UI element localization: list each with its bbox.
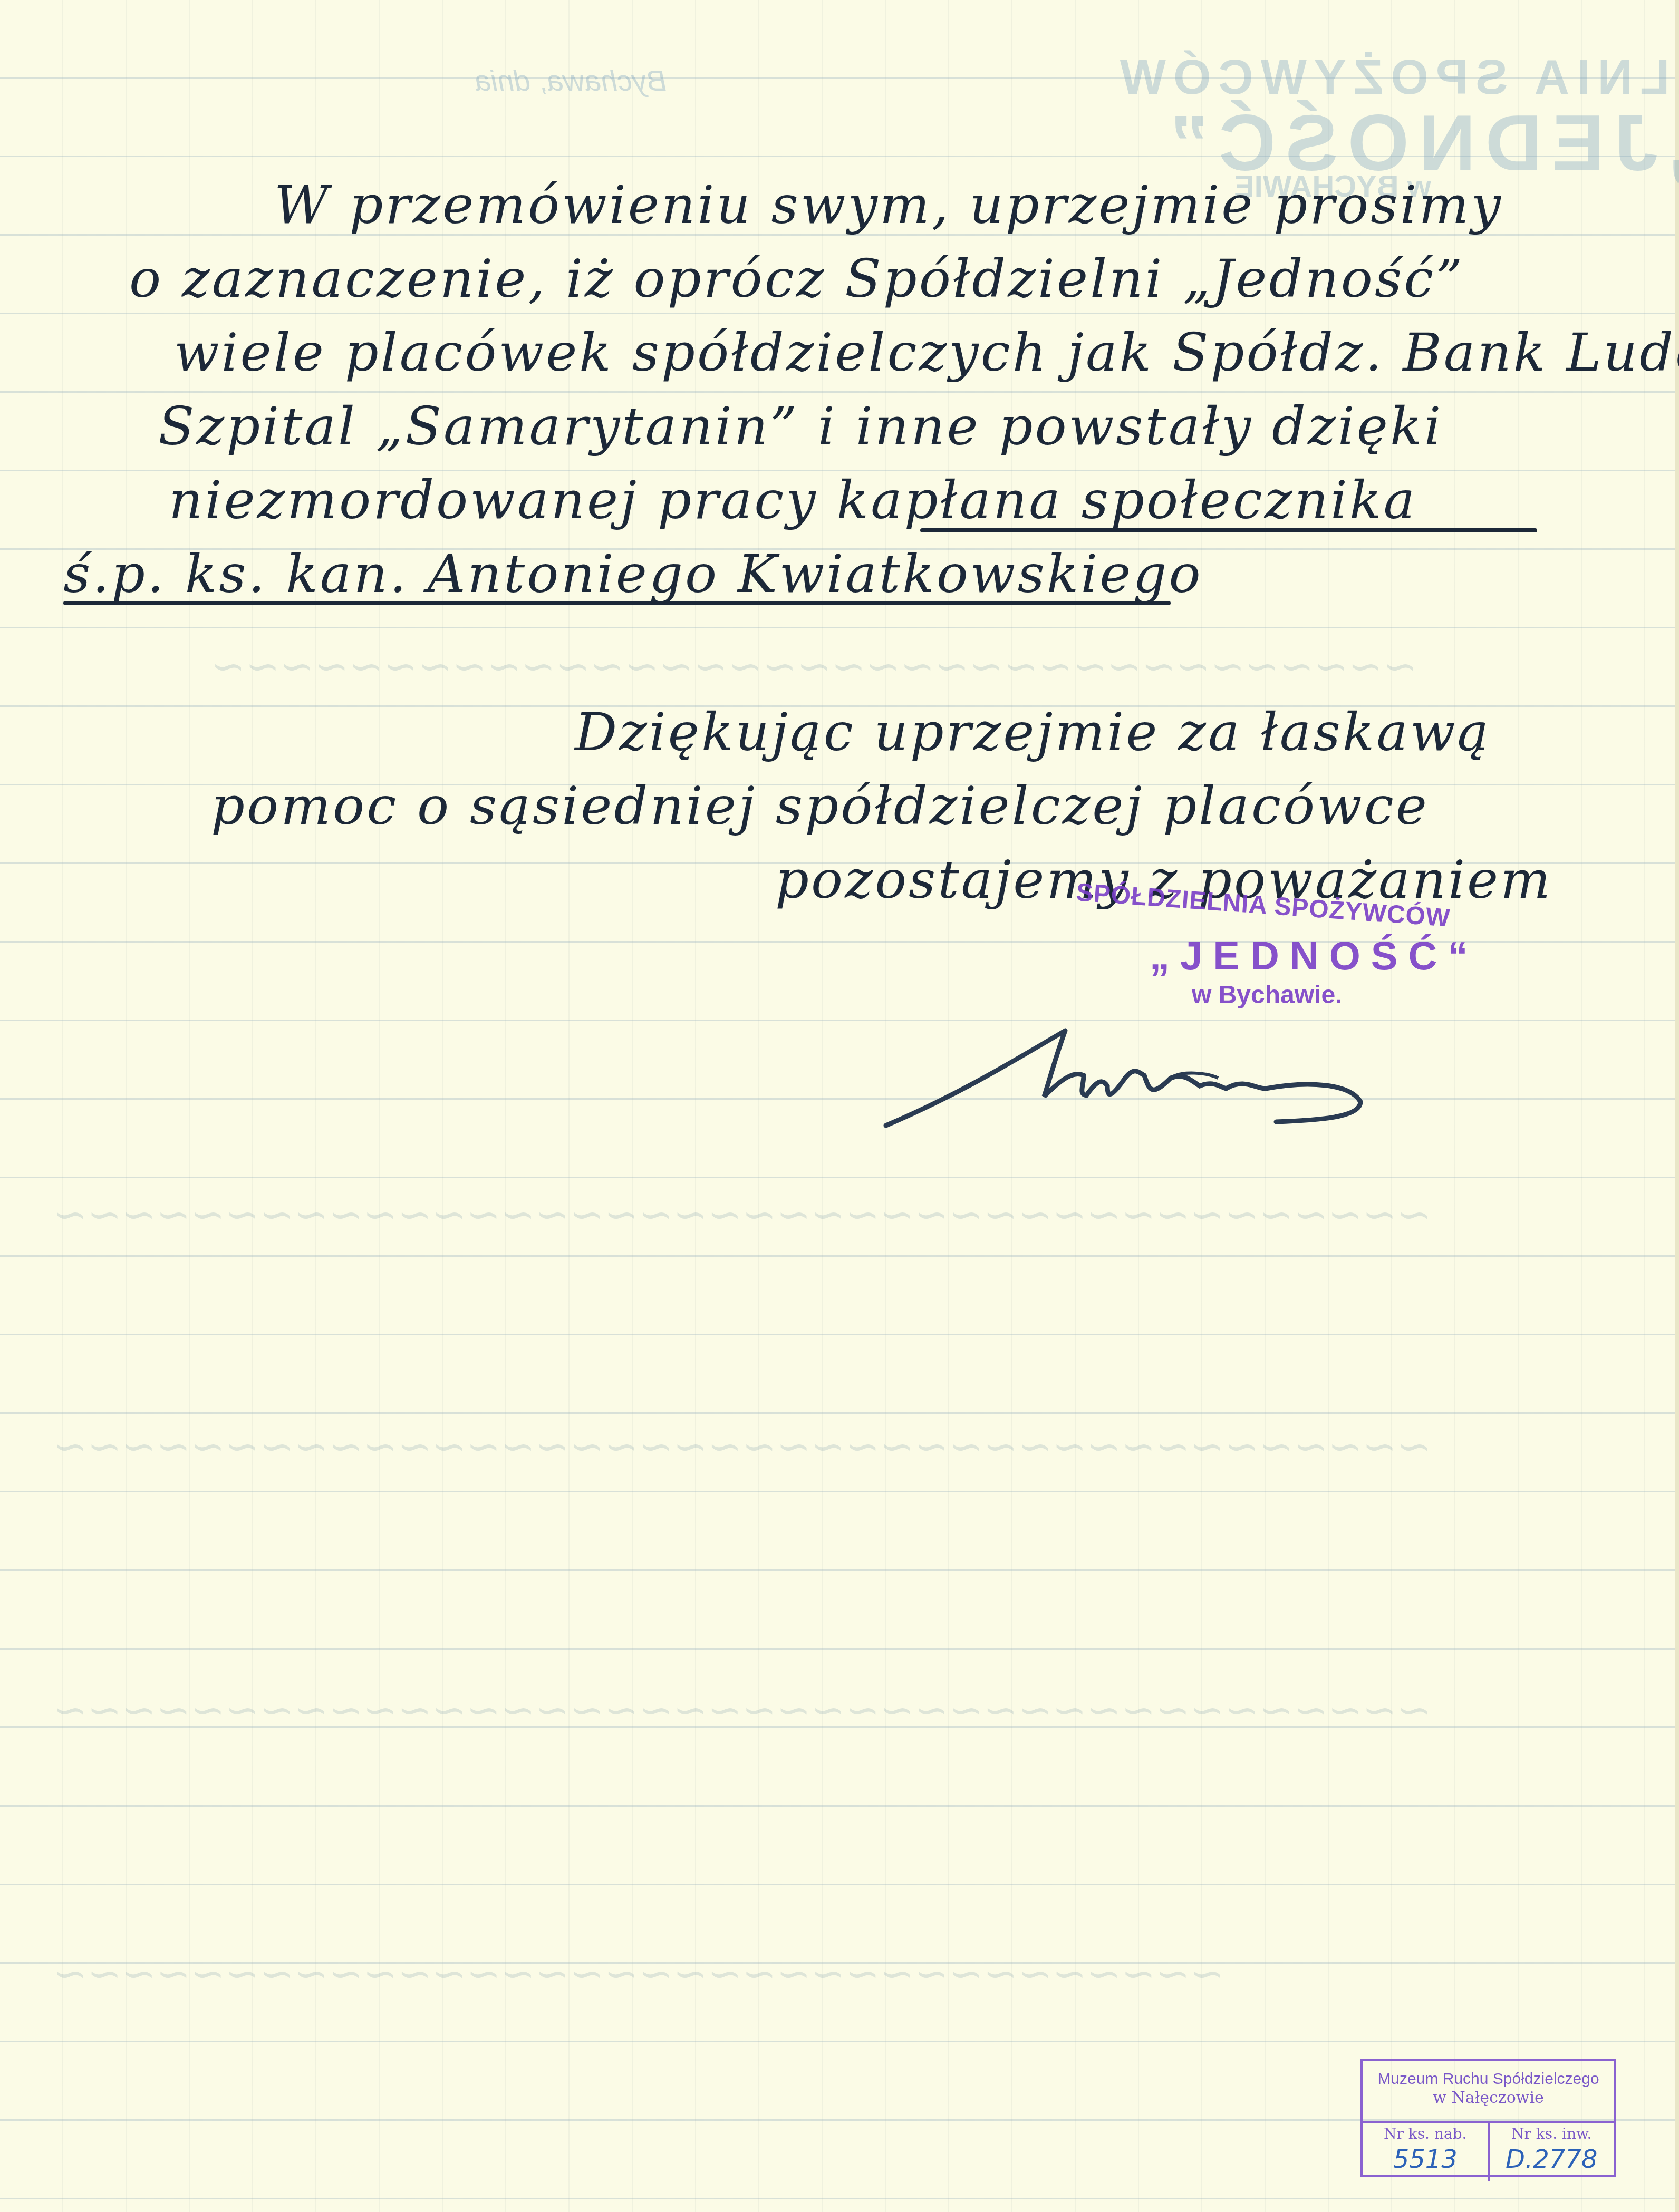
inventory-number-label: Nr ks. inw. <box>1490 2125 1614 2142</box>
letter-line: niezmordowanej pracy kapłana społecznika <box>169 469 1417 531</box>
letter-line: Szpital „Samarytanin” i inne powstały dz… <box>158 395 1443 457</box>
letter-line: Dziękując uprzejmie za łaskawą <box>575 701 1491 763</box>
letter-line: wiele placówek spółdzielczych jak Spółdz… <box>174 322 1679 383</box>
letter-line: ś.p. ks. kan. Antoniego Kwiatkowskiego <box>63 543 1203 605</box>
inventory-number-cell: Nr ks. inw. D.2778 <box>1488 2123 1614 2181</box>
museum-stamp: Muzeum Ruchu Spółdzielczego w Nałęczowie… <box>1360 2059 1616 2177</box>
museum-stamp-title: Muzeum Ruchu Spółdzielczego <box>1363 2070 1614 2089</box>
museum-stamp-location: w Nałęczowie <box>1363 2089 1614 2108</box>
cooperative-stamp-line2: „JEDNOŚĆ“ <box>1150 933 1478 979</box>
letter-line: W przemówieniu swym, uprzejmie prosimy <box>274 174 1503 236</box>
underline <box>63 601 1171 605</box>
acquisition-number-label: Nr ks. nab. <box>1363 2125 1488 2142</box>
reverse-handwriting-bleedthrough: ~~~~~~~~~~~~~~~~~~~~~~~~~~~~~~~~~~ <box>53 1951 1224 1998</box>
letter-line: pomoc o sąsiedniej spółdzielczej placówc… <box>211 775 1429 837</box>
letter-line: o zaznaczenie, iż oprócz Spółdzielni „Je… <box>129 248 1465 309</box>
reverse-handwriting-bleedthrough: ~~~~~~~~~~~~~~~~~~~~~~~~~~~~~~~~~~~~~~~~ <box>53 1423 1431 1471</box>
underline <box>920 528 1537 532</box>
acquisition-number-value: 5513 <box>1363 2145 1488 2174</box>
inventory-number-value: D.2778 <box>1490 2145 1614 2174</box>
reverse-handwriting-bleedthrough: ~~~~~~~~~~~~~~~~~~~~~~~~~~~~~~~~~~~~~~~~ <box>53 1687 1431 1734</box>
signature <box>875 1028 1413 1165</box>
date-line-bleedthrough: Bychawa, dnia <box>475 63 667 98</box>
reverse-handwriting-bleedthrough: ~~~~~~~~~~~~~~~~~~~~~~~~~~~~~~~~~~~ <box>211 643 1417 691</box>
reverse-handwriting-bleedthrough: ~~~~~~~~~~~~~~~~~~~~~~~~~~~~~~~~~~~~~~~~ <box>53 1191 1431 1239</box>
acquisition-number-cell: Nr ks. nab. 5513 <box>1363 2123 1488 2181</box>
cooperative-stamp-line3: w Bychawie. <box>1192 981 1342 1010</box>
